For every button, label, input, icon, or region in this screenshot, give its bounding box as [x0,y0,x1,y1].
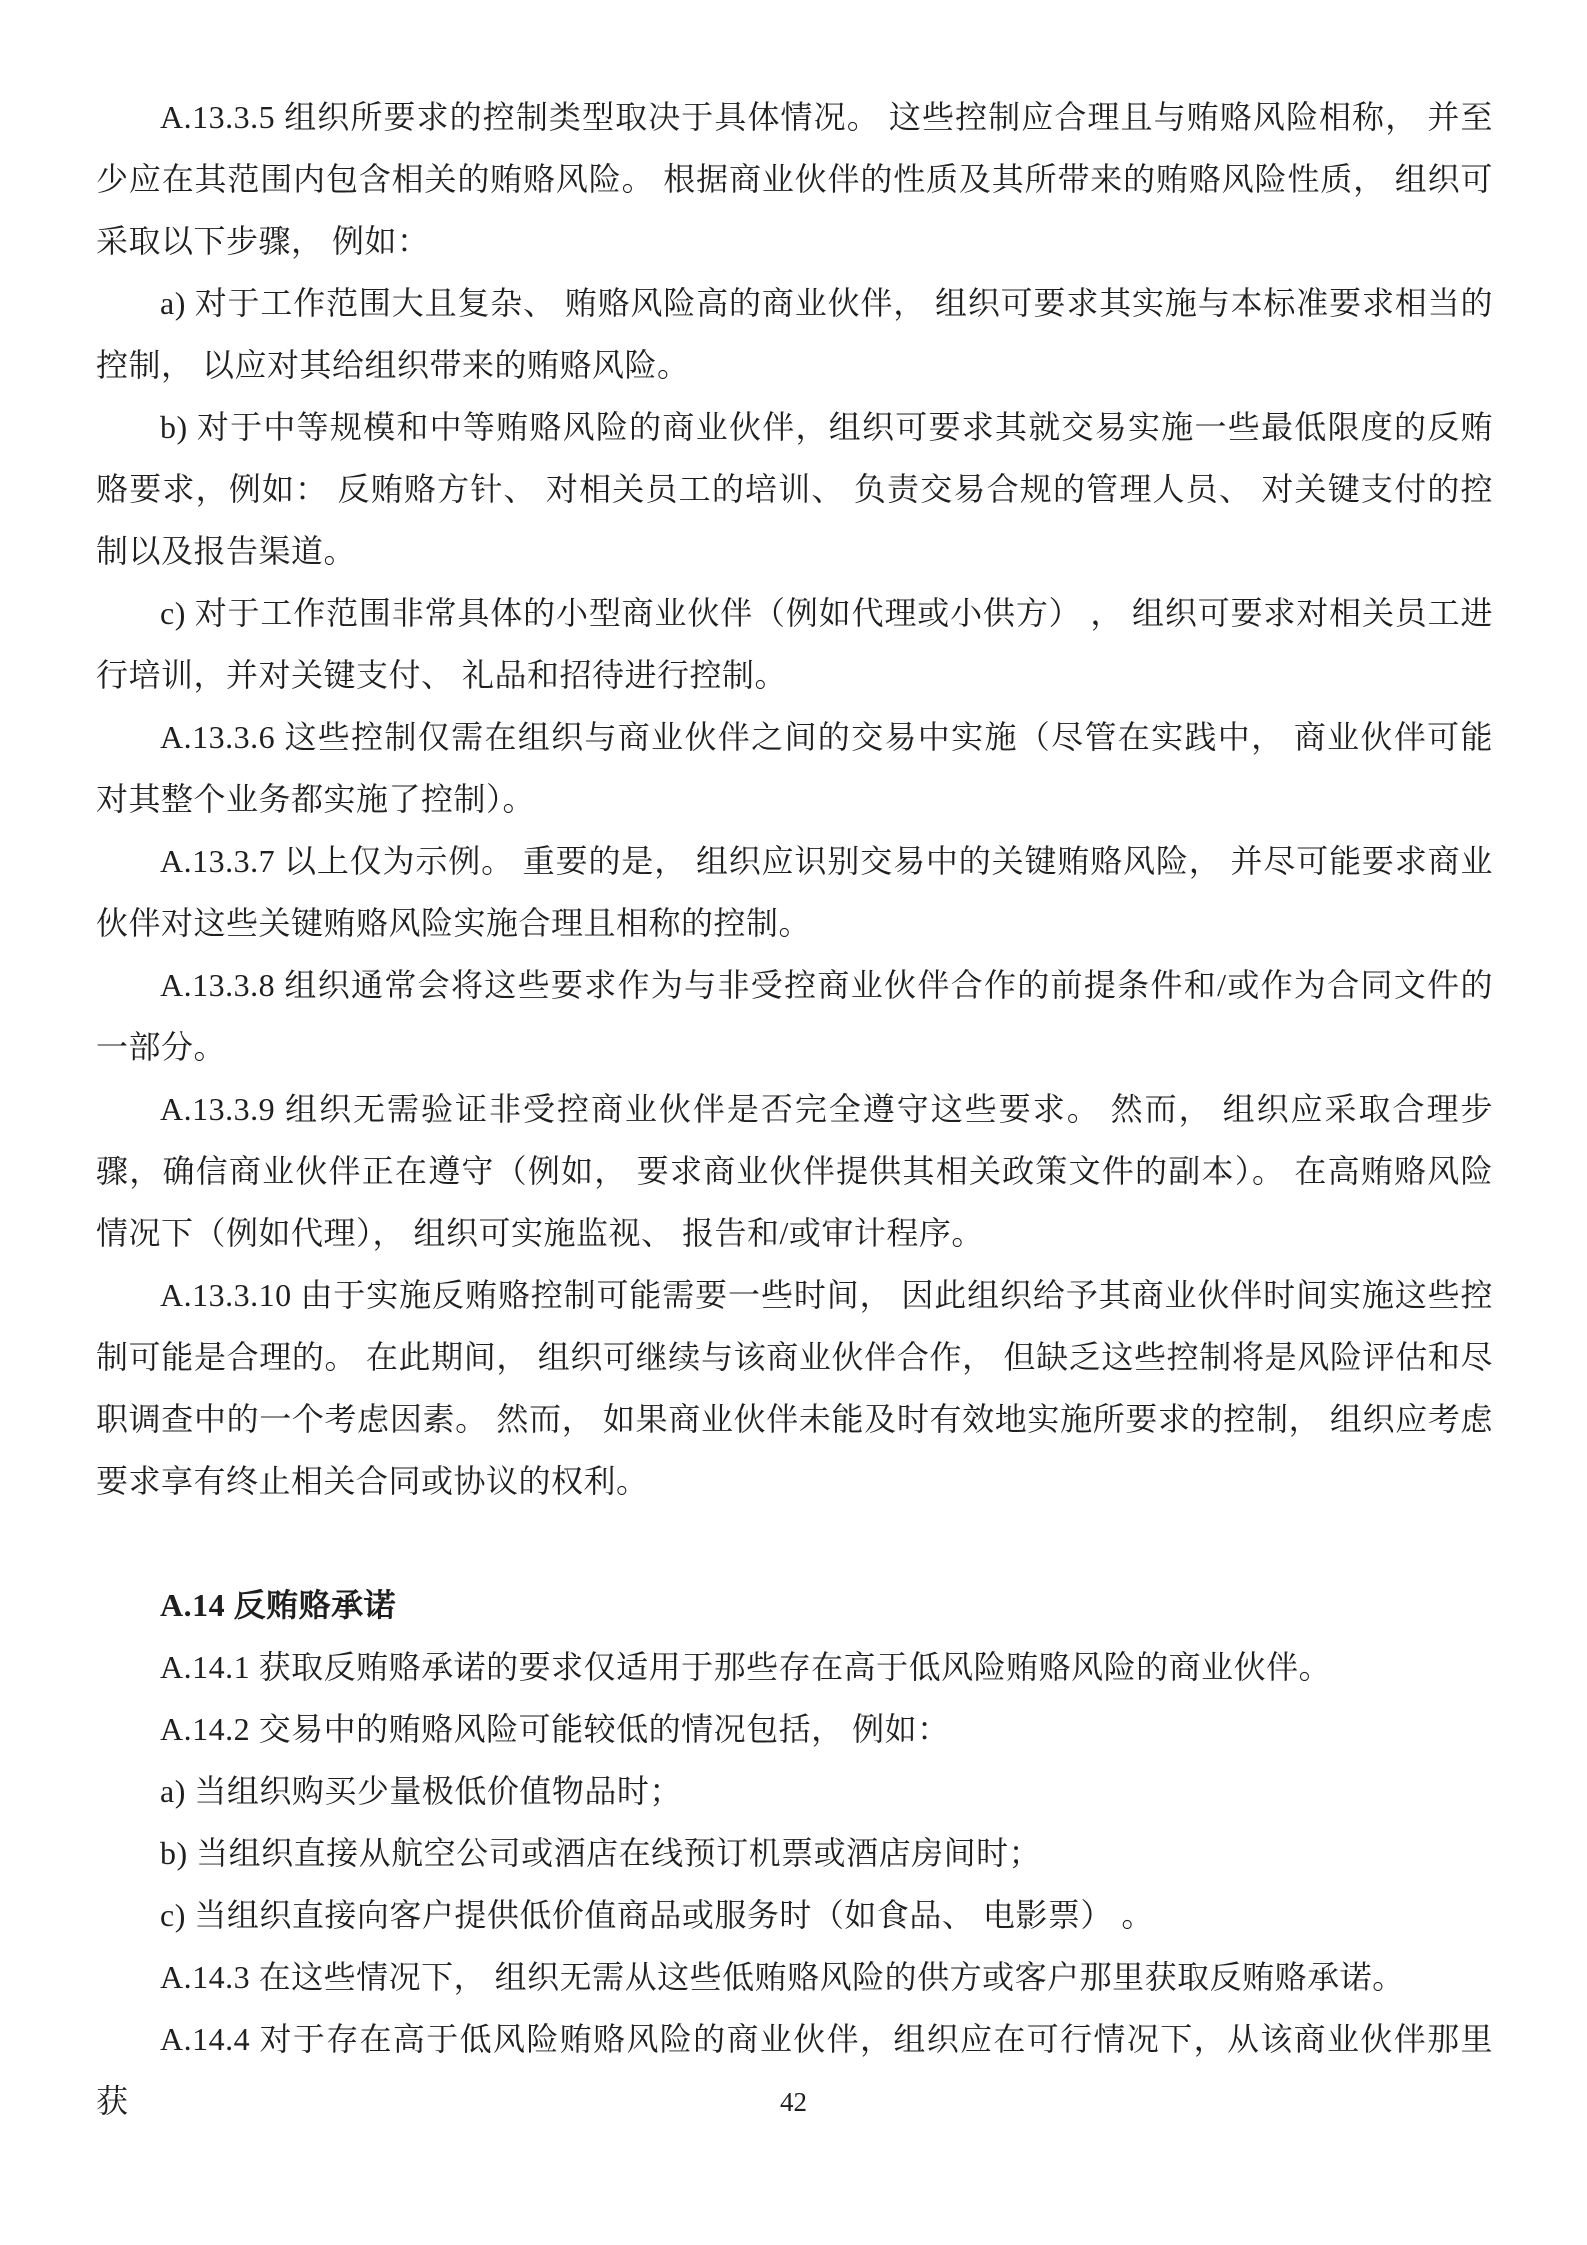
list-item-a14-b: b) 当组织直接从航空公司或酒店在线预订机票或酒店房间时； [96,1822,1493,1884]
document-content: A.13.3.5 组织所要求的控制类型取决于具体情况。 这些控制应合理且与贿赂风… [96,86,1493,2132]
list-item-a14-a: a) 当组织购买少量极低价值物品时； [96,1760,1493,1822]
list-item-a14-c: c) 当组织直接向客户提供低价值商品或服务时（如食品、 电影票） 。 [96,1884,1493,1946]
paragraph-a13-3-9: A.13.3.9 组织无需验证非受控商业伙伴是否完全遵守这些要求。 然而， 组织… [96,1078,1493,1264]
list-item-a13-b: b) 对于中等规模和中等贿赂风险的商业伙伴，组织可要求其就交易实施一些最低限度的… [96,396,1493,582]
list-item-a13-c: c) 对于工作范围非常具体的小型商业伙伴（例如代理或小供方） ， 组织可要求对相… [96,582,1493,706]
paragraph-a13-3-5: A.13.3.5 组织所要求的控制类型取决于具体情况。 这些控制应合理且与贿赂风… [96,86,1493,272]
paragraph-a13-3-6: A.13.3.6 这些控制仅需在组织与商业伙伴之间的交易中实施（尽管在实践中， … [96,706,1493,830]
paragraph-a14-2: A.14.2 交易中的贿赂风险可能较低的情况包括， 例如： [96,1698,1493,1760]
page-number: 42 [0,2086,1587,2118]
list-item-a13-a: a) 对于工作范围大且复杂、 贿赂风险高的商业伙伴， 组织可要求其实施与本标准要… [96,272,1493,396]
paragraph-a14-1: A.14.1 获取反贿赂承诺的要求仅适用于那些存在高于低风险贿赂风险的商业伙伴。 [96,1636,1493,1698]
document-page: A.13.3.5 组织所要求的控制类型取决于具体情况。 这些控制应合理且与贿赂风… [0,0,1587,2245]
paragraph-a13-3-8: A.13.3.8 组织通常会将这些要求作为与非受控商业伙伴合作的前提条件和/或作… [96,954,1493,1078]
paragraph-a14-3: A.14.3 在这些情况下， 组织无需从这些低贿赂风险的供方或客户那里获取反贿赂… [96,1946,1493,2008]
section-heading-a14: A.14 反贿赂承诺 [96,1574,1493,1636]
paragraph-a13-3-10: A.13.3.10 由于实施反贿赂控制可能需要一些时间， 因此组织给予其商业伙伴… [96,1264,1493,1512]
paragraph-a13-3-7: A.13.3.7 以上仅为示例。 重要的是， 组织应识别交易中的关键贿赂风险， … [96,830,1493,954]
